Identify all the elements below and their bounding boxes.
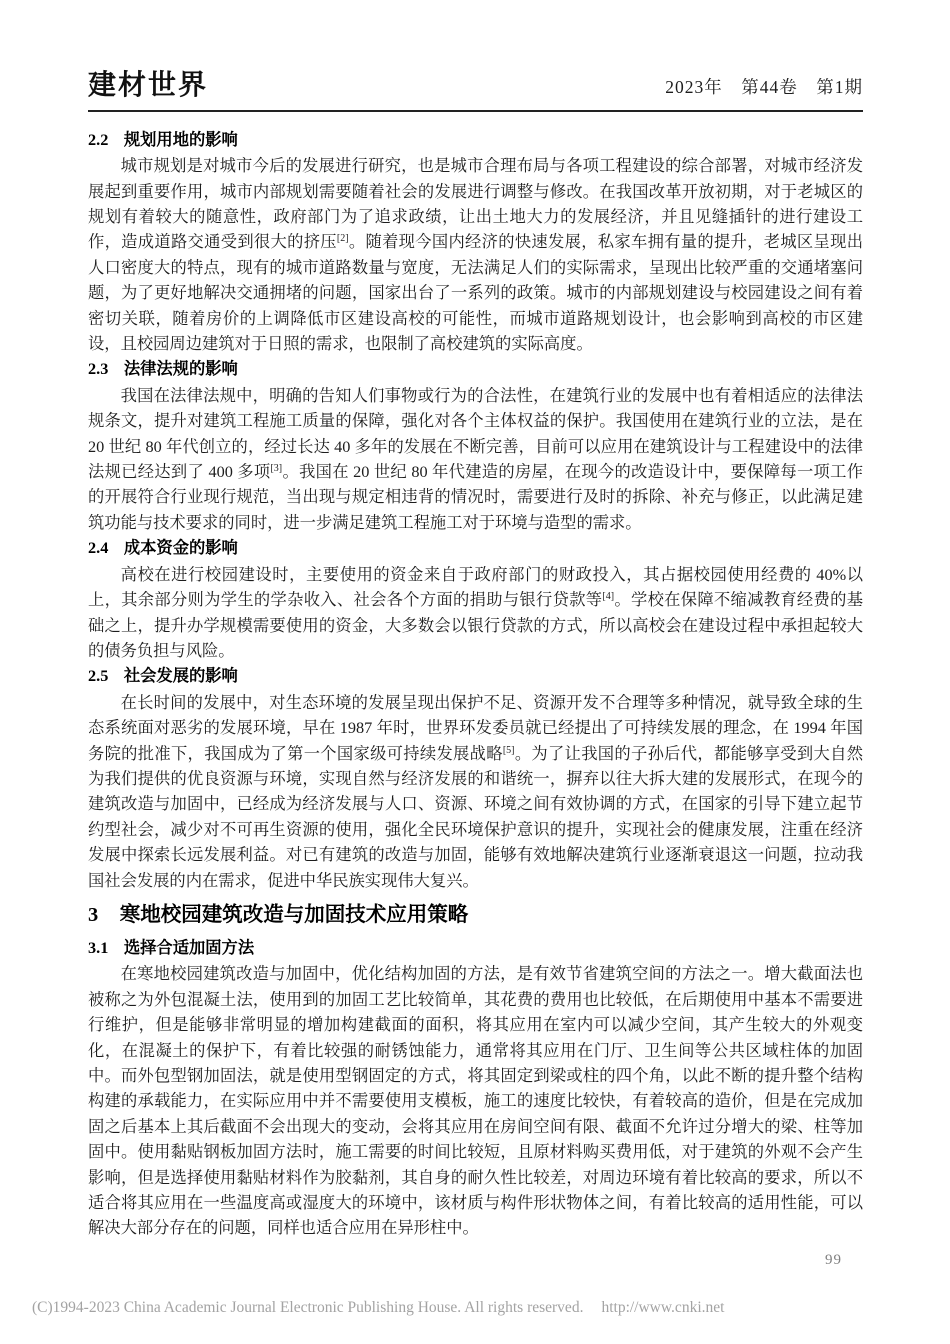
section-3-1: 3.1选择合适加固方法 在寒地校园建筑改造与加固中，优化结构加固的方法，是有效节…	[88, 935, 863, 1241]
section-number: 3.1	[88, 938, 108, 957]
paragraph-text: 。为了让我国的子孙后代，都能够享受到大自然为我们提供的优良资源与环境，实现自然与…	[88, 744, 863, 890]
footer-url: http://www.cnki.net	[601, 1299, 724, 1316]
section-paragraph: 高校在进行校园建设时，主要使用的资金来自于政府部门的财政投入，其占据校园使用经费…	[88, 562, 863, 664]
page-header: 建材世界 2023年 第44卷 第1期	[88, 0, 863, 101]
section-2-3: 2.3法律法规的影响 我国在法律法规中，明确的告知人们事物或行为的合法性，在建筑…	[88, 356, 863, 535]
section-heading: 3.1选择合适加固方法	[88, 935, 863, 961]
page-content: 建材世界 2023年 第44卷 第1期 2.2规划用地的影响 城市规划是对城市今…	[88, 0, 863, 1241]
reference-marker: [2]	[337, 233, 349, 244]
section-number: 2.3	[88, 359, 108, 378]
section-paragraph: 在寒地校园建筑改造与加固中，优化结构加固的方法，是有效节省建筑空间的方法之一。增…	[88, 961, 863, 1240]
chapter-title: 寒地校园建筑改造与加固技术应用策略	[120, 903, 469, 926]
journal-page: 建材世界 2023年 第44卷 第1期 2.2规划用地的影响 城市规划是对城市今…	[0, 0, 950, 1344]
section-number: 2.2	[88, 130, 108, 149]
section-heading: 2.2规划用地的影响	[88, 127, 863, 153]
section-paragraph: 我国在法律法规中，明确的告知人们事物或行为的合法性，在建筑行业的发展中也有着相适…	[88, 383, 863, 535]
section-title: 选择合适加固方法	[124, 939, 254, 957]
section-title: 法律法规的影响	[124, 360, 238, 378]
section-number: 2.5	[88, 666, 108, 685]
section-title: 社会发展的影响	[124, 667, 238, 685]
section-title: 成本资金的影响	[124, 539, 238, 557]
issue-info: 2023年 第44卷 第1期	[665, 78, 863, 101]
section-heading: 2.4成本资金的影响	[88, 535, 863, 561]
page-number: 99	[825, 1252, 842, 1269]
reference-marker: [5]	[503, 745, 515, 756]
section-heading: 2.3法律法规的影响	[88, 356, 863, 382]
reference-marker: [4]	[602, 591, 614, 602]
section-2-5: 2.5社会发展的影响 在长时间的发展中，对生态环境的发展呈现出保护不足、资源开发…	[88, 663, 863, 893]
article-body: 2.2规划用地的影响 城市规划是对城市今后的发展进行研究，也是城市合理布局与各项…	[88, 127, 863, 1241]
journal-title: 建材世界	[88, 70, 208, 101]
section-paragraph: 城市规划是对城市今后的发展进行研究，也是城市合理布局与各项工程建设的综合部署，对…	[88, 153, 863, 356]
section-2-2: 2.2规划用地的影响 城市规划是对城市今后的发展进行研究，也是城市合理布局与各项…	[88, 127, 863, 357]
footer: (C)1994-2023 China Academic Journal Elec…	[32, 1299, 724, 1317]
chapter-heading: 3寒地校园建筑改造与加固技术应用策略	[88, 902, 863, 928]
section-heading: 2.5社会发展的影响	[88, 663, 863, 689]
section-number: 2.4	[88, 538, 108, 557]
header-rule	[88, 110, 863, 112]
chapter-number: 3	[88, 904, 98, 926]
section-title: 规划用地的影响	[124, 131, 238, 149]
section-2-4: 2.4成本资金的影响 高校在进行校园建设时，主要使用的资金来自于政府部门的财政投…	[88, 535, 863, 663]
paragraph-text: 在寒地校园建筑改造与加固中，优化结构加固的方法，是有效节省建筑空间的方法之一。增…	[88, 964, 863, 1237]
footer-copyright: (C)1994-2023 China Academic Journal Elec…	[32, 1299, 583, 1316]
reference-marker: [3]	[270, 463, 282, 474]
section-paragraph: 在长时间的发展中，对生态环境的发展呈现出保护不足、资源开发不合理等多种情况，就导…	[88, 690, 863, 893]
